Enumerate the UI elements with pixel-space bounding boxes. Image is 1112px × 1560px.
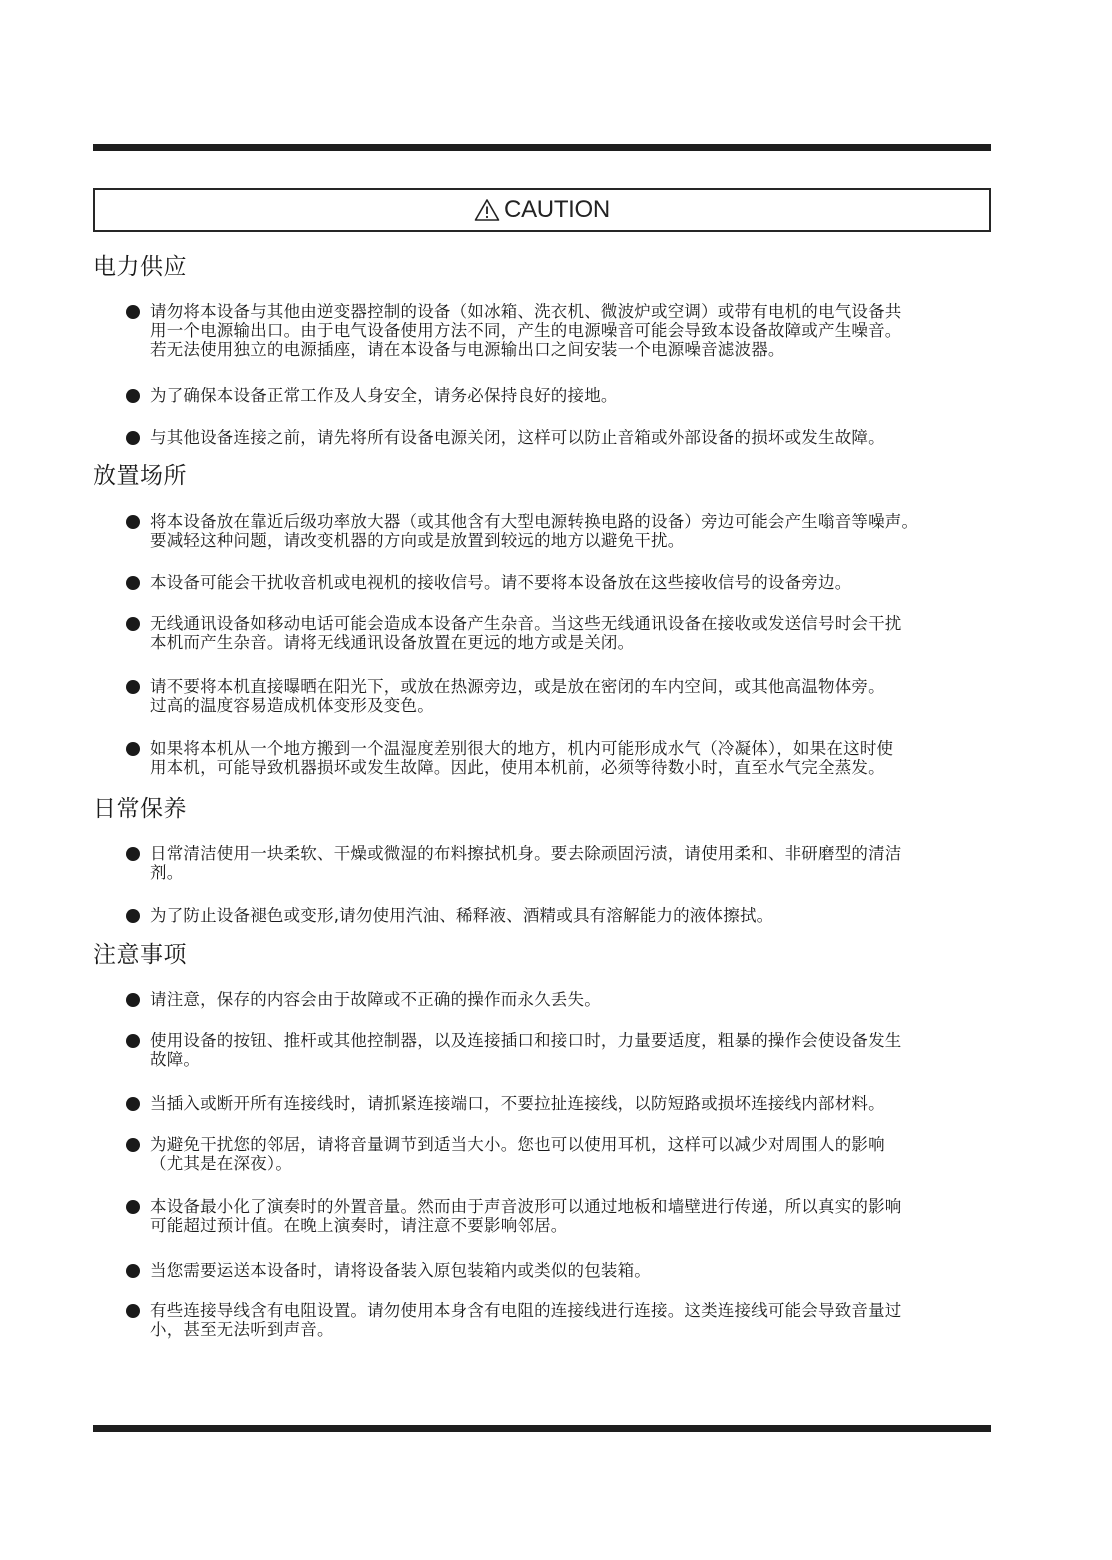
warning-triangle-icon <box>474 198 500 222</box>
section-placement: 放置场所 <box>93 462 1003 490</box>
item-text: 无线通讯设备如移动电话可能会造成本设备产生杂音。当这些无线通讯设备在接收或发送信… <box>150 614 902 652</box>
section-title: 电力供应 <box>93 253 1003 281</box>
bottom-rule <box>93 1425 991 1432</box>
bullet-icon <box>126 1097 140 1111</box>
list-item: 当您需要运送本设备时，请将设备装入原包装箱内或类似的包装箱。 <box>126 1261 1006 1280</box>
bullet-icon <box>126 1034 140 1048</box>
section-title: 注意事项 <box>93 941 1003 969</box>
section-title: 放置场所 <box>93 462 1003 490</box>
item-text: 当插入或断开所有连接线时，请抓紧连接端口，不要拉扯连接线，以防短路或损坏连接线内… <box>150 1094 885 1113</box>
bullet-icon <box>126 847 140 861</box>
bullet-icon <box>126 617 140 631</box>
bullet-icon <box>126 1264 140 1278</box>
bullet-icon <box>126 742 140 756</box>
list-item: 如果将本机从一个地方搬到一个温湿度差别很大的地方，机内可能形成水气（冷凝体），如… <box>126 739 1006 777</box>
list-item: 为避免干扰您的邻居，请将音量调节到适当大小。您也可以使用耳机，这样可以减少对周围… <box>126 1135 1006 1173</box>
item-text: 为了防止设备褪色或变形,请勿使用汽油、稀释液、酒精或具有溶解能力的液体擦拭。 <box>150 906 773 925</box>
bullet-icon <box>126 305 140 319</box>
section-precautions: 注意事项 <box>93 941 1003 969</box>
list-item: 请勿将本设备与其他由逆变器控制的设备（如冰箱、洗衣机、微波炉或空调）或带有电机的… <box>126 302 1006 359</box>
item-text: 为避免干扰您的邻居，请将音量调节到适当大小。您也可以使用耳机，这样可以减少对周围… <box>150 1135 885 1173</box>
list-item: 无线通讯设备如移动电话可能会造成本设备产生杂音。当这些无线通讯设备在接收或发送信… <box>126 614 1006 652</box>
caution-label: CAUTION <box>504 196 610 224</box>
list-item: 请不要将本机直接曝晒在阳光下，或放在热源旁边，或是放在密闭的车内空间，或其他高温… <box>126 677 1006 715</box>
item-text: 本设备可能会干扰收音机或电视机的接收信号。请不要将本设备放在这些接收信号的设备旁… <box>150 573 851 592</box>
caution-banner: CAUTION <box>93 188 991 232</box>
list-item: 为了确保本设备正常工作及人身安全，请务必保持良好的接地。 <box>126 386 1006 405</box>
bullet-icon <box>126 1138 140 1152</box>
bullet-icon <box>126 515 140 529</box>
bullet-icon <box>126 993 140 1007</box>
list-item: 本设备最小化了演奏时的外置音量。然而由于声音波形可以通过地板和墙壁进行传递，所以… <box>126 1197 1006 1235</box>
item-text: 请勿将本设备与其他由逆变器控制的设备（如冰箱、洗衣机、微波炉或空调）或带有电机的… <box>150 302 902 359</box>
list-item: 将本设备放在靠近后级功率放大器（或其他含有大型电源转换电路的设备）旁边可能会产生… <box>126 512 1006 550</box>
bullet-icon <box>126 1200 140 1214</box>
item-text: 如果将本机从一个地方搬到一个温湿度差别很大的地方，机内可能形成水气（冷凝体），如… <box>150 739 893 777</box>
item-text: 日常清洁使用一块柔软、干燥或微湿的布料擦拭机身。要去除顽固污渍，请使用柔和、非研… <box>150 844 902 882</box>
bullet-icon <box>126 431 140 445</box>
item-text: 本设备最小化了演奏时的外置音量。然而由于声音波形可以通过地板和墙壁进行传递，所以… <box>150 1197 902 1235</box>
item-text: 将本设备放在靠近后级功率放大器（或其他含有大型电源转换电路的设备）旁边可能会产生… <box>150 512 918 550</box>
item-text: 使用设备的按钮、推杆或其他控制器，以及连接插口和接口时，力量要适度，粗暴的操作会… <box>150 1031 902 1069</box>
bullet-icon <box>126 909 140 923</box>
list-item: 本设备可能会干扰收音机或电视机的接收信号。请不要将本设备放在这些接收信号的设备旁… <box>126 573 1006 592</box>
item-text: 当您需要运送本设备时，请将设备装入原包装箱内或类似的包装箱。 <box>150 1261 651 1280</box>
item-text: 有些连接导线含有电阻设置。请勿使用本身含有电阻的连接线进行连接。这类连接线可能会… <box>150 1301 902 1339</box>
item-text: 请注意，保存的内容会由于故障或不正确的操作而永久丢失。 <box>150 990 601 1009</box>
list-item: 有些连接导线含有电阻设置。请勿使用本身含有电阻的连接线进行连接。这类连接线可能会… <box>126 1301 1006 1339</box>
list-item: 使用设备的按钮、推杆或其他控制器，以及连接插口和接口时，力量要适度，粗暴的操作会… <box>126 1031 1006 1069</box>
list-item: 当插入或断开所有连接线时，请抓紧连接端口，不要拉扯连接线，以防短路或损坏连接线内… <box>126 1094 1006 1113</box>
bullet-icon <box>126 576 140 590</box>
list-item: 日常清洁使用一块柔软、干燥或微湿的布料擦拭机身。要去除顽固污渍，请使用柔和、非研… <box>126 844 1006 882</box>
section-daily-maintenance: 日常保养 <box>93 795 1003 823</box>
list-item: 与其他设备连接之前，请先将所有设备电源关闭，这样可以防止音箱或外部设备的损坏或发… <box>126 428 1006 447</box>
list-item: 为了防止设备褪色或变形,请勿使用汽油、稀释液、酒精或具有溶解能力的液体擦拭。 <box>126 906 1006 925</box>
bullet-icon <box>126 389 140 403</box>
item-text: 请不要将本机直接曝晒在阳光下，或放在热源旁边，或是放在密闭的车内空间，或其他高温… <box>150 677 885 715</box>
top-rule <box>93 144 991 151</box>
list-item: 请注意，保存的内容会由于故障或不正确的操作而永久丢失。 <box>126 990 1006 1009</box>
bullet-icon <box>126 1304 140 1318</box>
item-text: 为了确保本设备正常工作及人身安全，请务必保持良好的接地。 <box>150 386 618 405</box>
section-title: 日常保养 <box>93 795 1003 823</box>
section-power-supply: 电力供应 <box>93 253 1003 281</box>
bullet-icon <box>126 680 140 694</box>
item-text: 与其他设备连接之前，请先将所有设备电源关闭，这样可以防止音箱或外部设备的损坏或发… <box>150 428 885 447</box>
